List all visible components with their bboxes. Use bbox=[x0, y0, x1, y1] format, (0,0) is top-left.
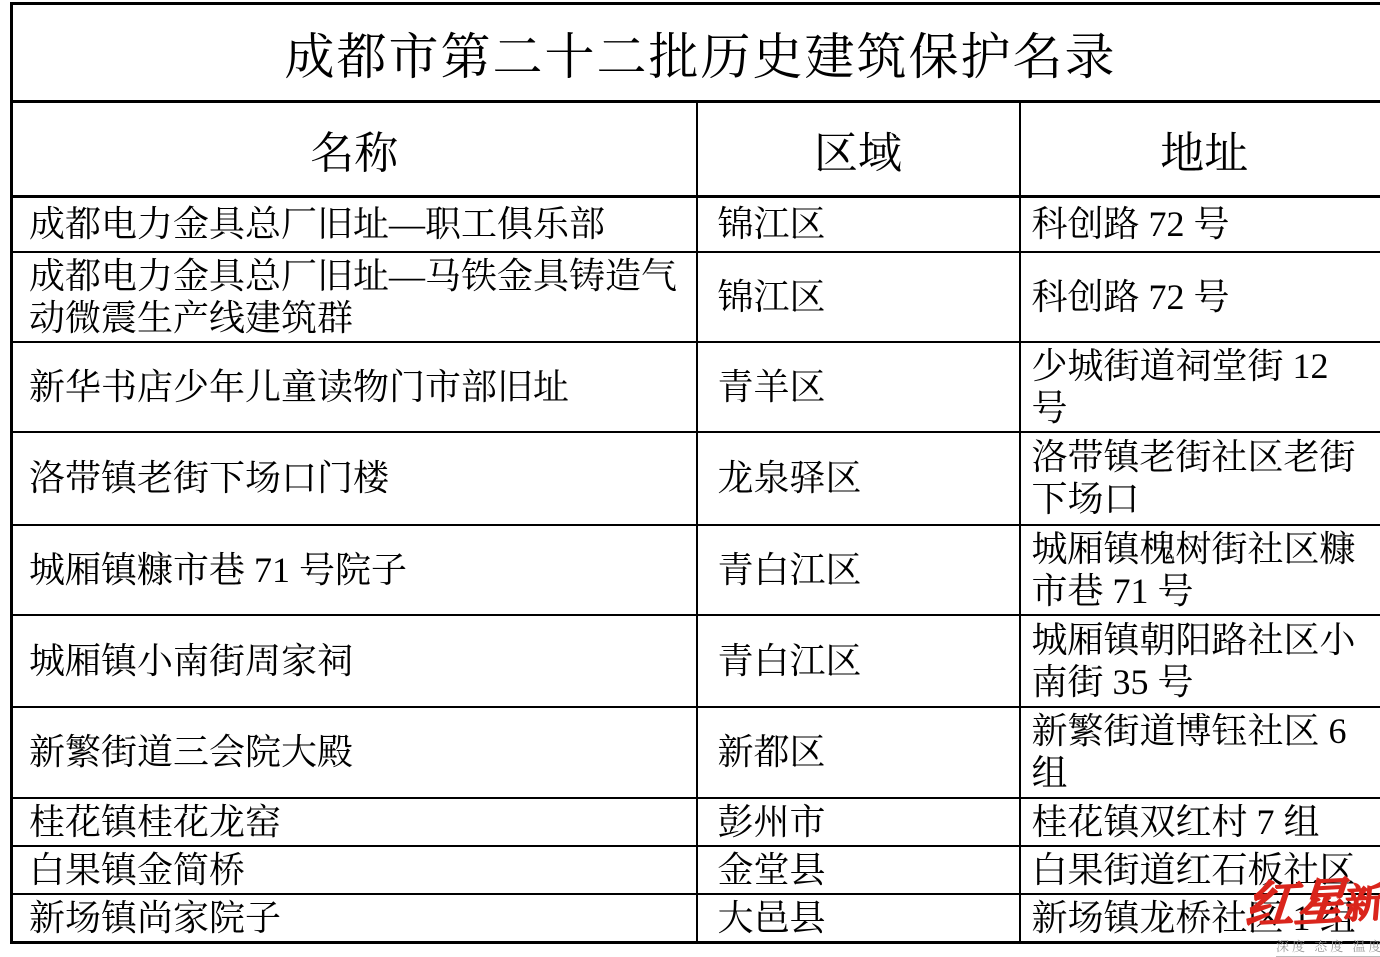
table-row: 城厢镇小南街周家祠 青白江区 城厢镇朝阳路社区小南街 35 号 bbox=[12, 615, 1380, 707]
column-header-name: 名称 bbox=[12, 102, 697, 197]
name-cell: 白果镇金简桥 bbox=[12, 846, 697, 894]
table-row: 洛带镇老街下场口门楼 龙泉驿区 洛带镇老街社区老街下场口 bbox=[12, 432, 1380, 525]
table-row: 城厢镇糠市巷 71 号院子 青白江区 城厢镇槐树街社区糠市巷 71 号 bbox=[12, 525, 1380, 615]
region-cell: 大邑县 bbox=[697, 894, 1020, 943]
region-cell: 青白江区 bbox=[697, 525, 1020, 615]
historic-buildings-table: 成都市第二十二批历史建筑保护名录 名称 区域 地址 成都电力金具总厂旧址—职工俱… bbox=[10, 2, 1380, 944]
name-cell: 城厢镇小南街周家祠 bbox=[12, 615, 697, 707]
name-cell: 新华书店少年儿童读物门市部旧址 bbox=[12, 342, 697, 432]
region-cell: 锦江区 bbox=[697, 197, 1020, 252]
column-header-region: 区域 bbox=[697, 102, 1020, 197]
name-cell: 新繁街道三会院大殿 bbox=[12, 707, 697, 798]
region-cell: 龙泉驿区 bbox=[697, 432, 1020, 525]
address-cell: 科创路 72 号 bbox=[1020, 252, 1380, 342]
header-row: 名称 区域 地址 bbox=[12, 102, 1380, 197]
address-cell: 少城街道祠堂街 12 号 bbox=[1020, 342, 1380, 432]
table-row: 成都电力金具总厂旧址—职工俱乐部 锦江区 科创路 72 号 bbox=[12, 197, 1380, 252]
region-cell: 青白江区 bbox=[697, 615, 1020, 707]
name-cell: 城厢镇糠市巷 71 号院子 bbox=[12, 525, 697, 615]
column-header-address: 地址 bbox=[1020, 102, 1380, 197]
address-cell: 城厢镇朝阳路社区小南街 35 号 bbox=[1020, 615, 1380, 707]
table-row: 新华书店少年儿童读物门市部旧址 青羊区 少城街道祠堂街 12 号 bbox=[12, 342, 1380, 432]
region-cell: 彭州市 bbox=[697, 798, 1020, 846]
table-row: 新繁街道三会院大殿 新都区 新繁街道博钰社区 6 组 bbox=[12, 707, 1380, 798]
table-row: 成都电力金具总厂旧址—马铁金具铸造气动微震生产线建筑群 锦江区 科创路 72 号 bbox=[12, 252, 1380, 342]
name-cell: 新场镇尚家院子 bbox=[12, 894, 697, 943]
address-cell: 洛带镇老街社区老街下场口 bbox=[1020, 432, 1380, 525]
address-cell: 科创路 72 号 bbox=[1020, 197, 1380, 252]
address-cell: 桂花镇双红村 7 组 bbox=[1020, 798, 1380, 846]
table-row: 白果镇金简桥 金堂县 白果街道红石板社区 bbox=[12, 846, 1380, 894]
region-cell: 金堂县 bbox=[697, 846, 1020, 894]
address-cell: 白果街道红石板社区 bbox=[1020, 846, 1380, 894]
table-title: 成都市第二十二批历史建筑保护名录 bbox=[12, 4, 1380, 102]
title-row: 成都市第二十二批历史建筑保护名录 bbox=[12, 4, 1380, 102]
address-cell: 新场镇龙桥社区 1 组 bbox=[1020, 894, 1380, 943]
address-cell: 新繁街道博钰社区 6 组 bbox=[1020, 707, 1380, 798]
name-cell: 成都电力金具总厂旧址—职工俱乐部 bbox=[12, 197, 697, 252]
table-row: 桂花镇桂花龙窑 彭州市 桂花镇双红村 7 组 bbox=[12, 798, 1380, 846]
region-cell: 新都区 bbox=[697, 707, 1020, 798]
address-cell: 城厢镇槐树街社区糠市巷 71 号 bbox=[1020, 525, 1380, 615]
name-cell: 成都电力金具总厂旧址—马铁金具铸造气动微震生产线建筑群 bbox=[12, 252, 697, 342]
region-cell: 青羊区 bbox=[697, 342, 1020, 432]
name-cell: 桂花镇桂花龙窑 bbox=[12, 798, 697, 846]
table-row: 新场镇尚家院子 大邑县 新场镇龙桥社区 1 组 bbox=[12, 894, 1380, 943]
name-cell: 洛带镇老街下场口门楼 bbox=[12, 432, 697, 525]
region-cell: 锦江区 bbox=[697, 252, 1020, 342]
